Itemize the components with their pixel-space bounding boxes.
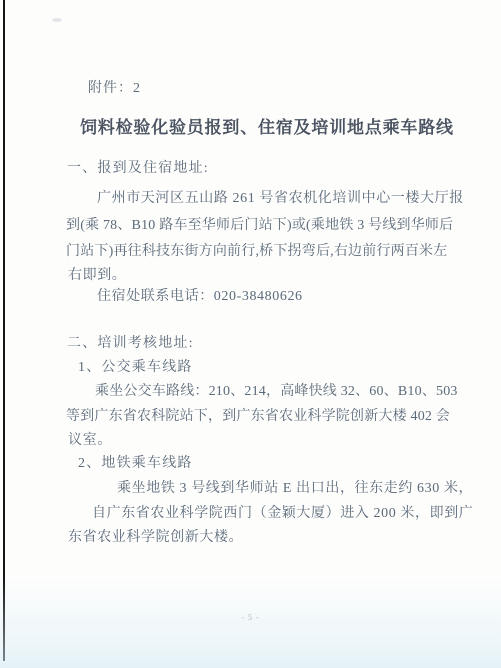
scan-smudge-artifact xyxy=(52,18,62,22)
attachment-label: 附件：2 xyxy=(88,82,141,96)
bus-route-line-2: 等到广东省农科院站下，到广东省农业科学院创新大楼 402 会 xyxy=(66,410,450,424)
bus-route-line-1: 乘坐公交车路线：210、214，高峰快线 32、60、B10、503 xyxy=(95,385,458,399)
page-number: - 5 - xyxy=(0,613,501,622)
section1-address-line-4: 右即到。 xyxy=(68,269,126,283)
section1-address-line-3: 门站下)再往科技东街方向前行,桥下拐弯后,右边前行两百米左 xyxy=(66,245,447,259)
section1-address-line-1: 广州市天河区五山路 261 号省农机化培训中心一楼大厅报 xyxy=(97,192,464,206)
section1-address-line-2: 到(乘 78、B10 路车至华师后门站下)或(乘地铁 3 号线到华师后 xyxy=(66,219,453,233)
contact-phone-line: 住宿处联系电话：020-38480626 xyxy=(97,290,303,304)
metro-route-line-3: 东省农业科学院创新大楼。 xyxy=(68,531,243,545)
bus-route-heading: 1、公交乘车线路 xyxy=(78,361,193,375)
scan-edge-artifact xyxy=(3,0,5,661)
scanned-document-page: 附件：2 饲料检验化验员报到、住宿及培训地点乘车路线 一、报到及住宿地址: 广州… xyxy=(0,0,501,668)
section1-heading: 一、报到及住宿地址: xyxy=(67,162,209,176)
document-title: 饲料检验化验员报到、住宿及培训地点乘车路线 xyxy=(80,119,454,136)
metro-route-line-1: 乘坐地铁 3 号线到华师站 E 出口出，往东走约 630 米， xyxy=(117,482,473,496)
bus-route-line-3: 议室。 xyxy=(68,434,112,448)
section2-heading: 二、培训考核地址: xyxy=(67,337,194,351)
metro-route-line-2: 自广东省农业科学院西门（金颖大厦）进入 200 米，即到广 xyxy=(92,507,473,521)
metro-route-heading: 2、地铁乘车线路 xyxy=(78,457,193,471)
